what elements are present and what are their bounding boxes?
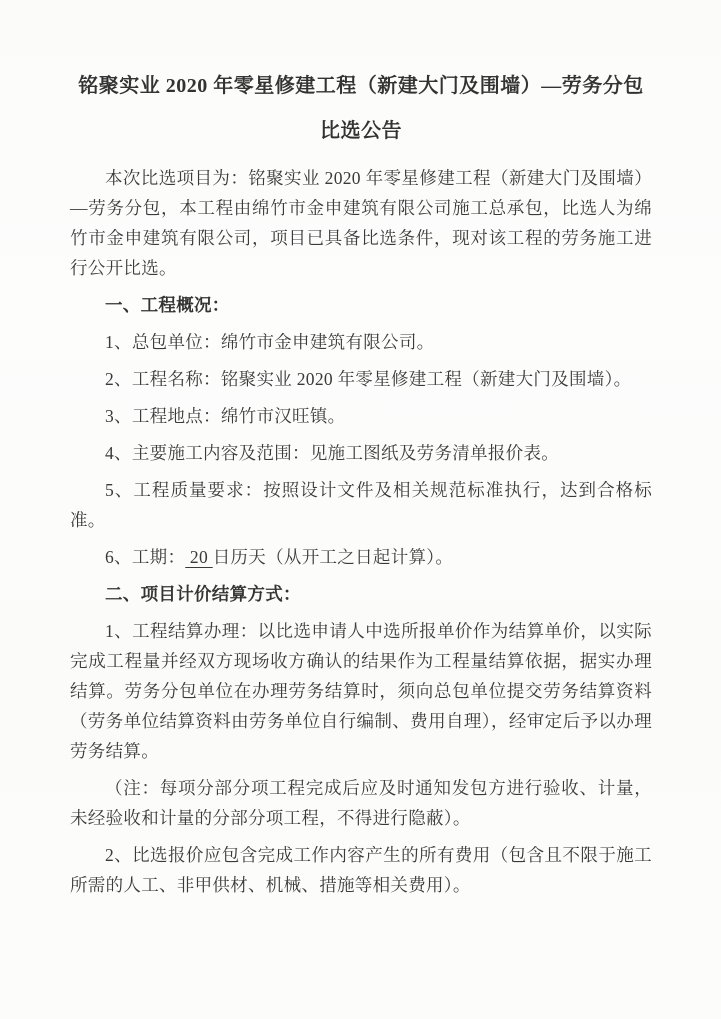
overview-item-quality: 5、工程质量要求：按照设计文件及相关规范标准执行，达到合格标准。 xyxy=(70,475,652,535)
duration-suffix: 日历天（从开工之日起计算）。 xyxy=(213,547,453,567)
document-content: 铭聚实业 2020 年零星修建工程（新建大门及围墙）—劳务分包 比选公告 本次比… xyxy=(70,64,652,907)
overview-item-project-name: 2、工程名称：铭聚实业 2020 年零星修建工程（新建大门及围墙）。 xyxy=(70,364,652,394)
duration-prefix: 6、工期： xyxy=(105,547,185,567)
overview-item-contractor: 1、总包单位：绵竹市金申建筑有限公司。 xyxy=(70,327,652,357)
title-line-2: 比选公告 xyxy=(70,109,652,154)
settlement-paragraph: 1、工程结算办理：以比选申请人中选所报单价作为结算单价，以实际完成工程量并经双方… xyxy=(70,616,652,766)
title-line-1: 铭聚实业 2020 年零星修建工程（新建大门及围墙）—劳务分包 xyxy=(70,64,652,109)
price-inclusion-paragraph: 2、比选报价应包含完成工作内容产生的所有费用（包含且不限于施工所需的人工、非甲供… xyxy=(70,840,652,900)
document-title: 铭聚实业 2020 年零星修建工程（新建大门及围墙）—劳务分包 比选公告 xyxy=(70,64,652,154)
intro-paragraph: 本次比选项目为：铭聚实业 2020 年零星修建工程（新建大门及围墙）—劳务分包，… xyxy=(70,163,652,283)
document-page: 铭聚实业 2020 年零星修建工程（新建大门及围墙）—劳务分包 比选公告 本次比… xyxy=(0,0,721,1019)
section2-heading: 二、项目计价结算方式： xyxy=(70,579,652,609)
section1-heading: 一、工程概况： xyxy=(70,290,652,320)
overview-item-location: 3、工程地点：绵竹市汉旺镇。 xyxy=(70,401,652,431)
duration-value: 20 xyxy=(185,547,212,567)
overview-item-scope: 4、主要施工内容及范围：见施工图纸及劳务清单报价表。 xyxy=(70,438,652,468)
overview-item-duration: 6、工期： 20 日历天（从开工之日起计算）。 xyxy=(70,542,652,572)
note-paragraph: （注：每项分部分项工程完成后应及时通知发包方进行验收、计量，未经验收和计量的分部… xyxy=(70,773,652,833)
